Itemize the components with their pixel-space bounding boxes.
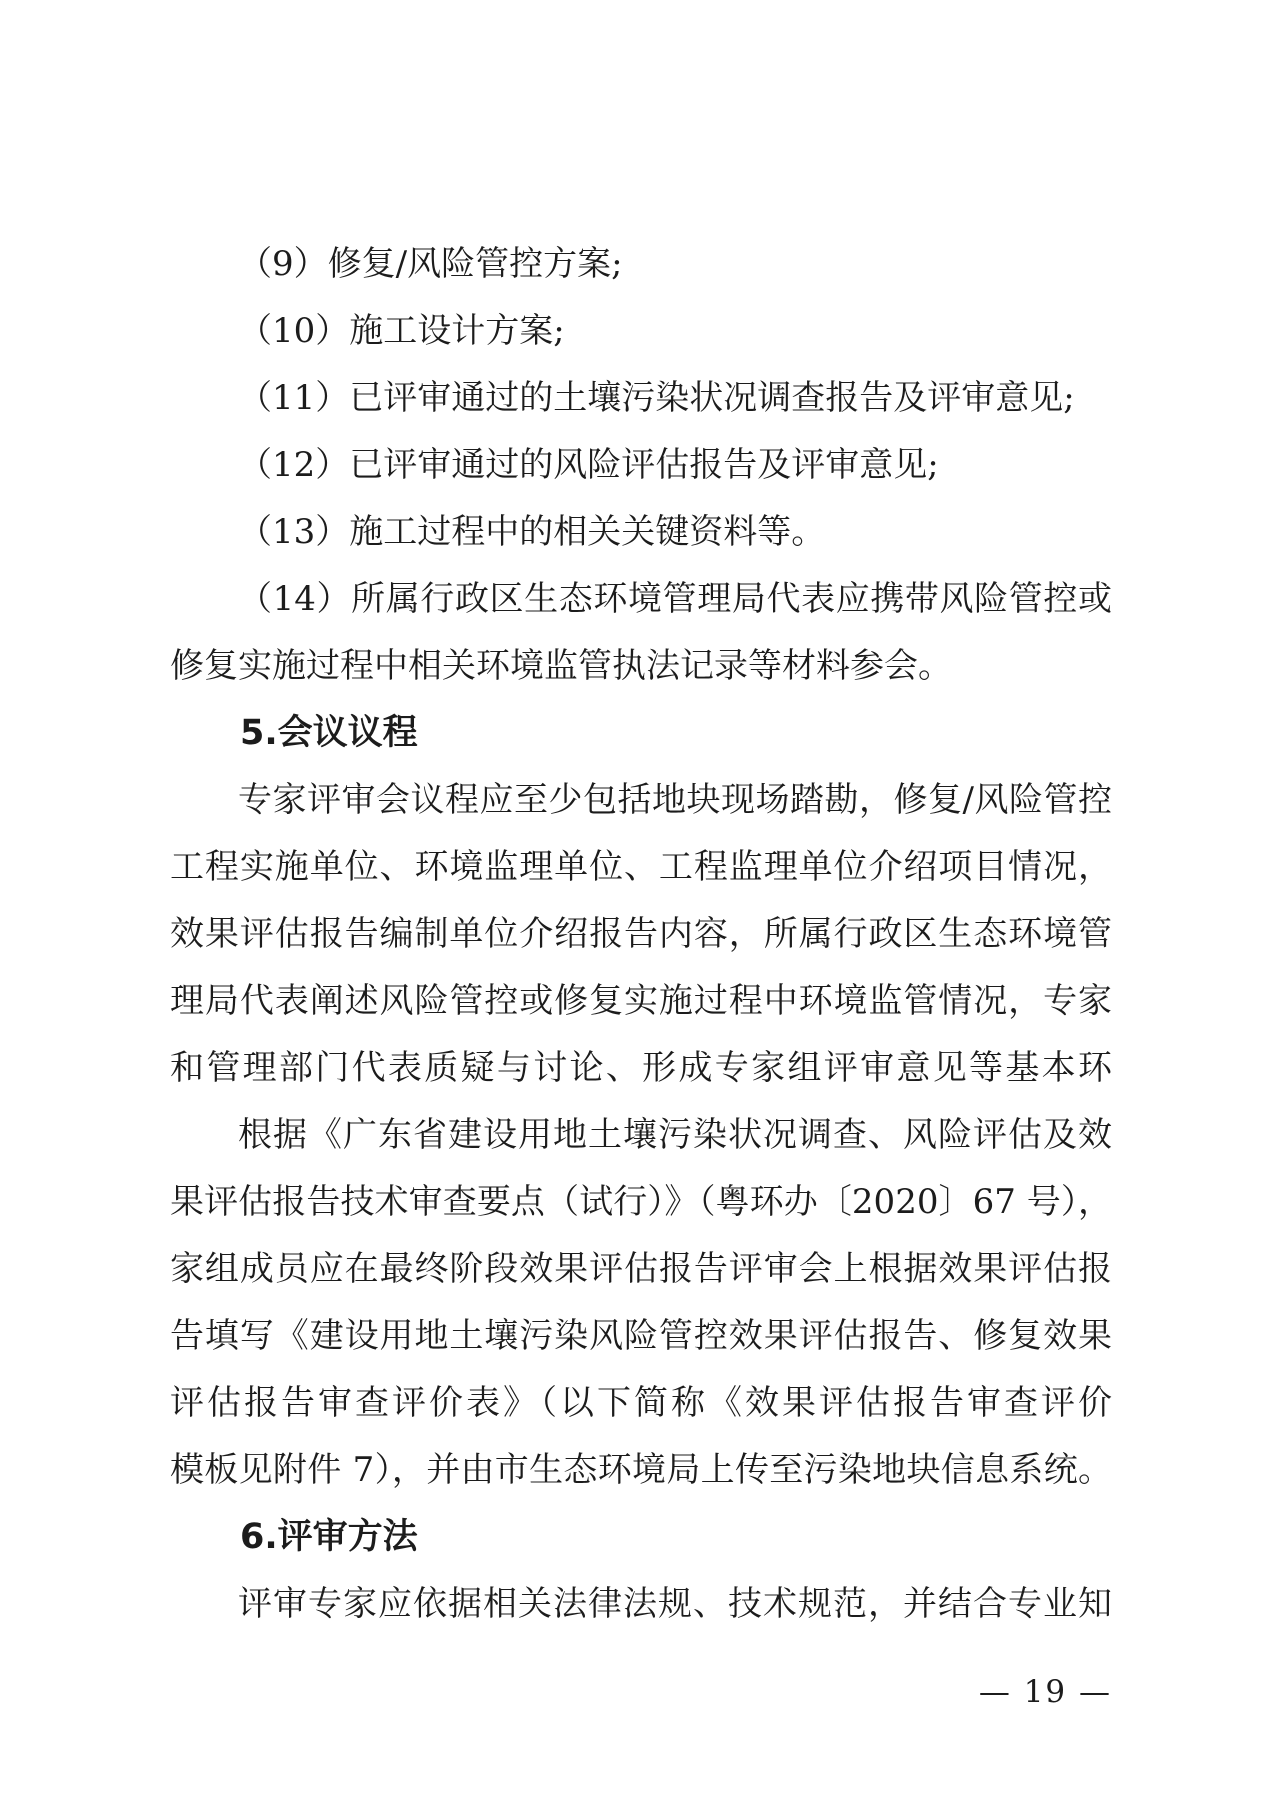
section-5-paragraph-1-line-3: 效果评估报告编制单位介绍报告内容，所属行政区生态环境管 <box>170 901 1112 968</box>
section-5-paragraph-1-line-4: 理局代表阐述风险管控或修复实施过程中环境监管情况，专家 <box>170 968 1112 1035</box>
page-number: — 19 — <box>979 1672 1112 1712</box>
section-5-paragraph-2-line-3: 家组成员应在最终阶段效果评估报告评审会上根据效果评估报 <box>170 1236 1112 1303</box>
section-5-paragraph-1-line-5: 和管理部门代表质疑与讨论、形成专家组评审意见等基本环节。 <box>170 1035 1112 1102</box>
section-5-paragraph-2-line-5: 评估报告审查评价表》（以下简称《效果评估报告审查评价表》， <box>170 1370 1112 1437</box>
section-5-paragraph-2-line-1: 根据《广东省建设用地土壤污染状况调查、风险评估及效 <box>170 1102 1112 1169</box>
section-5-paragraph-2-line-6: 模板见附件 7），并由市生态环境局上传至污染地块信息系统。 <box>170 1437 1112 1504</box>
attachment-item-14-line-2: 修复实施过程中相关环境监管执法记录等材料参会。 <box>170 633 1112 700</box>
section-5-paragraph-1-line-2: 工程实施单位、环境监理单位、工程监理单位介绍项目情况， <box>170 834 1112 901</box>
section-5-paragraph-2-line-2: 果评估报告技术审查要点（试行）》（粤环办〔2020〕67 号），专 <box>170 1169 1112 1236</box>
section-5-paragraph-1-line-1: 专家评审会议程应至少包括地块现场踏勘，修复/风险管控 <box>170 767 1112 834</box>
section-5-heading: 5.会议议程 <box>170 700 1112 767</box>
section-6-heading: 6.评审方法 <box>170 1504 1112 1571</box>
attachment-item-9: （9）修复/风险管控方案; <box>170 231 1112 298</box>
attachment-item-14-line-1: （14）所属行政区生态环境管理局代表应携带风险管控或 <box>170 566 1112 633</box>
document-page: （9）修复/风险管控方案; （10）施工设计方案; （11）已评审通过的土壤污染… <box>0 0 1280 1810</box>
attachment-item-10: （10）施工设计方案; <box>170 298 1112 365</box>
attachment-item-11: （11）已评审通过的土壤污染状况调查报告及评审意见; <box>170 365 1112 432</box>
section-6-paragraph-1-line-1: 评审专家应依据相关法律法规、技术规范，并结合专业知 <box>170 1571 1112 1638</box>
page-content: （9）修复/风险管控方案; （10）施工设计方案; （11）已评审通过的土壤污染… <box>170 231 1112 1638</box>
attachment-item-13: （13）施工过程中的相关关键资料等。 <box>170 499 1112 566</box>
attachment-item-12: （12）已评审通过的风险评估报告及评审意见; <box>170 432 1112 499</box>
section-5-paragraph-2-line-4: 告填写《建设用地土壤污染风险管控效果评估报告、修复效果 <box>170 1303 1112 1370</box>
